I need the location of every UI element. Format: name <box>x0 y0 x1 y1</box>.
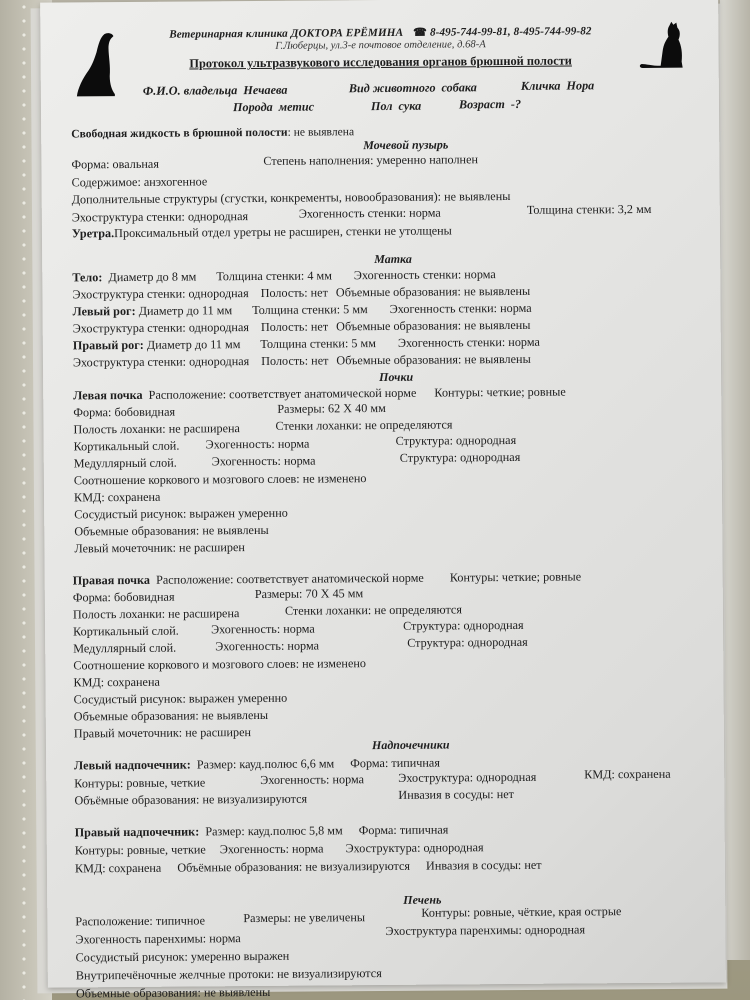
right-adrenal-label: Правый надпочечник: <box>75 824 200 839</box>
liver-ducts: Внутрипечёночные желчные протоки: не виз… <box>76 966 382 983</box>
uterus-right-row-1: Правый рог: Диаметр до 11 ммТолщина стен… <box>73 335 540 354</box>
name-label: Кличка <box>521 79 561 93</box>
right-kidney-ratio: Соотношение коркового и мозгового слоев:… <box>73 656 366 673</box>
section-title-uterus: Матка <box>374 252 412 267</box>
right-adrenal-echo: Эхогенность: норма <box>220 841 324 856</box>
right-adrenal-invasion: Инвазия в сосуды: нет <box>426 858 542 873</box>
right-kidney-pelvis-walls: Стенки лоханки: не определяются <box>285 602 462 618</box>
right-kidney-shape: Форма: бобовидная <box>73 590 175 606</box>
right-kidney-location: Расположение: соответствует анатомическо… <box>156 571 424 587</box>
right-kidney-cmd: КМД: сохранена <box>73 675 159 691</box>
uterus-left-structure: Эхоструктура стенки: однородная <box>73 320 249 335</box>
age-label: Возраст <box>459 97 505 111</box>
section-title-adrenals: Надпочечники <box>372 737 450 753</box>
left-kidney-medulla: Медуллярный слой. <box>74 456 177 472</box>
urethra-label: Уретра. <box>72 226 114 240</box>
document-header: Ветеринарная клиника ДОКТОРА ЕРЁМИНА☎8-4… <box>150 24 610 72</box>
right-adrenal-row-1: Правый надпочечник: Размер: кауд.полюс 5… <box>75 822 449 840</box>
left-adrenal-echo: Эхогенность: норма <box>260 772 364 788</box>
right-kidney-medulla-structure: Структура: однородная <box>407 635 528 651</box>
right-ureter: Правый мочеточник: не расширен <box>74 725 251 741</box>
right-kidney-pelvis: Полость лоханки: не расширена <box>73 606 240 622</box>
left-kidney-vascular: Сосудистый рисунок: выражен умеренно <box>74 506 288 523</box>
right-kidney-cortex-echo: Эхогенность: норма <box>211 622 315 638</box>
right-kidney-masses: Объемные образования: не выявлены <box>74 708 268 725</box>
left-kidney-contours: Контуры: четкие; ровные <box>434 385 565 400</box>
left-adrenal-contours: Контуры: ровные, четкие <box>74 775 205 791</box>
bladder-content: Содержимое: анэхогенное <box>72 174 208 190</box>
uterus-body-label: Тело: <box>72 270 102 284</box>
protocol-document: Ветеринарная клиника ДОКТОРА ЕРЁМИНА☎8-4… <box>40 0 726 988</box>
species-value: собака <box>441 80 476 94</box>
left-kidney-medulla-structure: Структура: однородная <box>400 450 521 466</box>
cat-silhouette-icon <box>636 22 686 72</box>
left-adrenal-structure: Эхоструктура: однородная <box>398 770 536 786</box>
uterus-right-masses: Объемные образования: не выявлены <box>336 352 530 368</box>
uterus-body-structure: Эхоструктура стенки: однородная <box>72 286 248 301</box>
clinic-phones: 8-495-744-99-81, 8-495-744-99-82 <box>430 25 592 38</box>
bladder-wall-structure: Эхоструктура стенки: однородная <box>72 209 248 225</box>
left-ureter: Левый мочеточник: не расширен <box>74 540 245 556</box>
liver-masses: Объемные образования: не выявлены <box>76 985 270 1000</box>
left-adrenal-masses: Объёмные образования: не визуализируются <box>74 792 307 809</box>
right-adrenal-size: Размер: кауд.полюс 5,8 мм <box>205 823 342 838</box>
clinic-address: Г.Люберцы, ул.3-е почтовое отделение, д.… <box>150 38 610 53</box>
uterus-body-echo: Эхогенность стенки: норма <box>354 267 496 282</box>
left-adrenal-size: Размер: кауд.полюс 6,6 мм <box>197 756 334 771</box>
owner-value: Нечаева <box>243 83 287 97</box>
uterus-body-thickness: Толщина стенки: 4 мм <box>216 268 332 283</box>
patient-name: КличкаНора <box>521 78 595 94</box>
right-kidney-label: Правая почка <box>73 573 150 588</box>
age-value: -? <box>511 97 521 111</box>
document-title: Протокол ультразвукового исследования ор… <box>151 53 611 72</box>
right-adrenal-row-2: Контуры: ровные, четкиеЭхогенность: норм… <box>75 840 484 858</box>
bladder-wall-thickness: Толщина стенки: 3,2 мм <box>527 202 652 218</box>
owner-label: Ф.И.О. владельца <box>143 83 238 98</box>
uterus-left-echo: Эхогенность стенки: норма <box>390 301 532 316</box>
uterus-body-row-1: Тело: Диаметр до 8 ммТолщина стенки: 4 м… <box>72 267 496 285</box>
free-fluid-label: Свободная жидкость в брюшной полости <box>71 126 287 141</box>
liver-echo: Эхогенность паренхимы: норма <box>75 931 240 947</box>
breed-value: метис <box>279 100 314 114</box>
binder-holes <box>22 0 26 1000</box>
left-kidney-pelvis-walls: Стенки лоханки: не определяются <box>275 417 452 433</box>
bladder-wall-echo: Эхогенность стенки: норма <box>299 206 441 222</box>
left-kidney-cortex-structure: Структура: однородная <box>396 433 517 449</box>
uterus-left-cavity: Полость: нет <box>261 319 328 334</box>
patient-breed: Породаметис <box>233 100 314 116</box>
species-label: Вид животного <box>349 81 436 96</box>
section-title-kidneys: Почки <box>379 370 413 385</box>
uterus-right-row-2: Эхоструктура стенки: однороднаяПолость: … <box>73 352 531 371</box>
patient-row-1: Ф.И.О. владельцаНечаева <box>143 83 288 99</box>
right-kidney-medulla: Медуллярный слой. <box>73 641 176 657</box>
liver-contours: Контуры: ровные, чёткие, края острые <box>421 904 621 921</box>
uterus-left-row-1: Левый рог: Диаметр до 11 ммТолщина стенк… <box>73 301 532 320</box>
section-title-bladder: Мочевой пузырь <box>363 137 448 153</box>
liver-structure: Эхоструктура паренхимы: однородная <box>385 922 585 939</box>
liver-location: Расположение: типичное <box>75 913 205 929</box>
left-kidney-masses: Объемные образования: не выявлены <box>74 523 268 540</box>
name-value: Нора <box>566 78 594 92</box>
right-adrenal-cmd: КМД: сохранена <box>75 861 161 876</box>
uterus-left-row-2: Эхоструктура стенки: однороднаяПолость: … <box>73 318 531 337</box>
patient-age: Возраст-? <box>459 97 521 112</box>
right-adrenal-row-3: КМД: сохраненаОбъёмные образования: не в… <box>75 858 542 877</box>
right-kidney-vascular: Сосудистый рисунок: выражен умеренно <box>74 691 288 708</box>
urethra-line: Уретра.Проксимальный отдел уретры не рас… <box>72 223 452 241</box>
liver-vascular: Сосудистый рисунок: умеренно выражен <box>76 949 290 966</box>
left-adrenal-row-1: Левый надпочечник: Размер: кауд.полюс 6,… <box>74 756 440 774</box>
uterus-left-masses: Объемные образования: не выявлены <box>336 318 530 334</box>
right-kidney-cortex: Кортикальный слой. <box>73 624 179 640</box>
left-kidney-cortex: Кортикальный слой. <box>74 439 180 455</box>
uterus-right-thickness: Толщина стенки: 5 мм <box>260 336 376 351</box>
left-kidney-medulla-echo: Эхогенность: норма <box>212 454 316 470</box>
uterus-right-echo: Эхогенность стенки: норма <box>398 335 540 350</box>
bladder-shape: Форма: овальная <box>71 157 159 173</box>
uterus-left-diameter: Диаметр до 11 мм <box>139 303 233 318</box>
sex-label: Пол <box>371 99 393 113</box>
sex-value: сука <box>398 99 421 113</box>
uterus-left-thickness: Толщина стенки: 5 мм <box>252 302 368 317</box>
left-adrenal-cmd: КМД: сохранена <box>584 767 670 783</box>
liver-size: Размеры: не увеличены <box>243 910 365 926</box>
right-kidney-medulla-echo: Эхогенность: норма <box>215 639 319 655</box>
free-fluid-line: Свободная жидкость в брюшной полости: не… <box>71 125 354 140</box>
urethra-value: Проксимальный отдел уретры не расширен, … <box>114 223 452 240</box>
uterus-body-row-2: Эхоструктура стенки: однороднаяПолость: … <box>72 284 530 303</box>
left-kidney-cortex-echo: Эхогенность: норма <box>206 437 310 453</box>
right-adrenal-masses: Объёмные образования: не визуализируются <box>177 859 410 875</box>
right-kidney-cortex-structure: Структура: однородная <box>403 618 524 634</box>
left-kidney-size: Размеры: 62 Х 40 мм <box>277 401 386 417</box>
uterus-right-diameter: Диаметр до 11 мм <box>147 337 241 352</box>
uterus-body-masses: Объемные образования: не выявлены <box>336 284 530 300</box>
left-adrenal-label: Левый надпочечник: <box>74 758 191 773</box>
left-kidney-ratio: Соотношение коркового и мозгового слоев:… <box>74 471 367 488</box>
free-fluid-value: : не выявлена <box>287 125 354 139</box>
bladder-extra: Дополнительные структуры (сгустки, конкр… <box>72 189 511 207</box>
patient-species: Вид животногособака <box>349 80 477 96</box>
left-kidney-cmd: КМД: сохранена <box>74 490 160 506</box>
left-kidney-location: Расположение: соответствует анатомическо… <box>149 386 417 402</box>
uterus-right-structure: Эхоструктура стенки: однородная <box>73 354 249 369</box>
left-kidney-shape: Форма: бобовидная <box>73 405 175 421</box>
breed-label: Порода <box>233 100 273 114</box>
left-kidney-pelvis: Полость лоханки: не расширена <box>73 421 240 437</box>
patient-sex: Полсука <box>371 99 421 114</box>
uterus-right-cavity: Полость: нет <box>261 353 328 368</box>
uterus-left-label: Левый рог: <box>73 304 136 318</box>
uterus-right-label: Правый рог: <box>73 338 144 353</box>
telephone-icon: ☎ <box>413 27 427 39</box>
right-adrenal-structure: Эхоструктура: однородная <box>345 840 483 855</box>
left-kidney-label: Левая почка <box>73 388 142 403</box>
left-adrenal-invasion: Инвазия в сосуды: нет <box>398 787 514 803</box>
bladder-filling: Степень наполнения: умеренно наполнен <box>263 152 478 169</box>
uterus-body-diameter: Диаметр до 8 мм <box>108 269 196 284</box>
right-adrenal-contours: Контуры: ровные, четкие <box>75 842 206 857</box>
clinic-name: Ветеринарная клиника ДОКТОРА ЕРЁМИНА <box>169 27 403 41</box>
left-adrenal-shape: Форма: типичная <box>350 756 440 771</box>
right-kidney-size: Размеры: 70 Х 45 мм <box>255 586 364 602</box>
dog-silhouette-icon <box>74 32 121 98</box>
right-adrenal-shape: Форма: типичная <box>359 822 449 837</box>
right-kidney-contours: Контуры: четкие; ровные <box>450 569 581 584</box>
uterus-body-cavity: Полость: нет <box>261 285 328 300</box>
